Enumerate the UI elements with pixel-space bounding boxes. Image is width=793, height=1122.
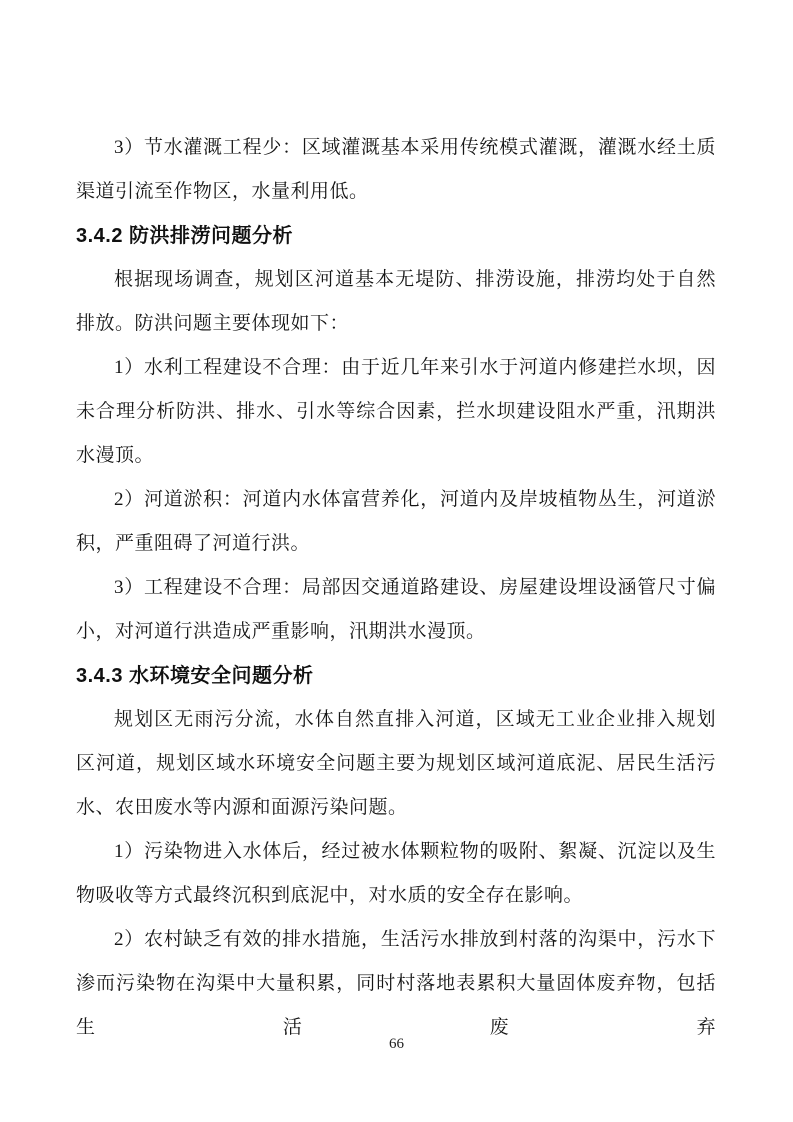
section-heading-3-4-2-flood-drainage: 3.4.2 防洪排涝问题分析 bbox=[76, 214, 716, 258]
page-number: 66 bbox=[389, 1036, 404, 1052]
paragraph-flood-issue-3-construction: 3）工程建设不合理：局部因交通道路建设、房屋建设埋设涵管尺寸偏小，对河道行洪造成… bbox=[76, 566, 716, 654]
paragraph-water-safety-intro: 规划区无雨污分流，水体自然直排入河道，区域无工业企业排入规划区河道，规划区域水环… bbox=[76, 698, 716, 830]
paragraph-flood-issue-2-river-silting: 2）河道淤积：河道内水体富营养化，河道内及岸坡植物丛生，河道淤积，严重阻碍了河道… bbox=[76, 478, 716, 566]
paragraph-water-saving-irrigation: 3）节水灌溉工程少：区域灌溉基本采用传统模式灌溉，灌溉水经土质渠道引流至作物区，… bbox=[76, 126, 716, 214]
document-content: 3）节水灌溉工程少：区域灌溉基本采用传统模式灌溉，灌溉水经土质渠道引流至作物区，… bbox=[76, 126, 716, 1050]
paragraph-site-survey-intro: 根据现场调查，规划区河道基本无堤防、排涝设施，排涝均处于自然排放。防洪问题主要体… bbox=[76, 258, 716, 346]
document-page: 3）节水灌溉工程少：区域灌溉基本采用传统模式灌溉，灌溉水经土质渠道引流至作物区，… bbox=[0, 0, 793, 1122]
page-footer: 66 bbox=[0, 1035, 793, 1053]
paragraph-rural-drainage-issue: 2）农村缺乏有效的排水措施，生活污水排放到村落的沟渠中，污水下渗而污染物在沟渠中… bbox=[76, 918, 716, 1050]
paragraph-pollutant-sedimentation: 1）污染物进入水体后，经过被水体颗粒物的吸附、絮凝、沉淀以及生物吸收等方式最终沉… bbox=[76, 830, 716, 918]
section-heading-3-4-3-water-environment-safety: 3.4.3 水环境安全问题分析 bbox=[76, 654, 716, 698]
paragraph-flood-issue-1-hydraulic-works: 1）水利工程建设不合理：由于近几年来引水于河道内修建拦水坝，因未合理分析防洪、排… bbox=[76, 346, 716, 478]
